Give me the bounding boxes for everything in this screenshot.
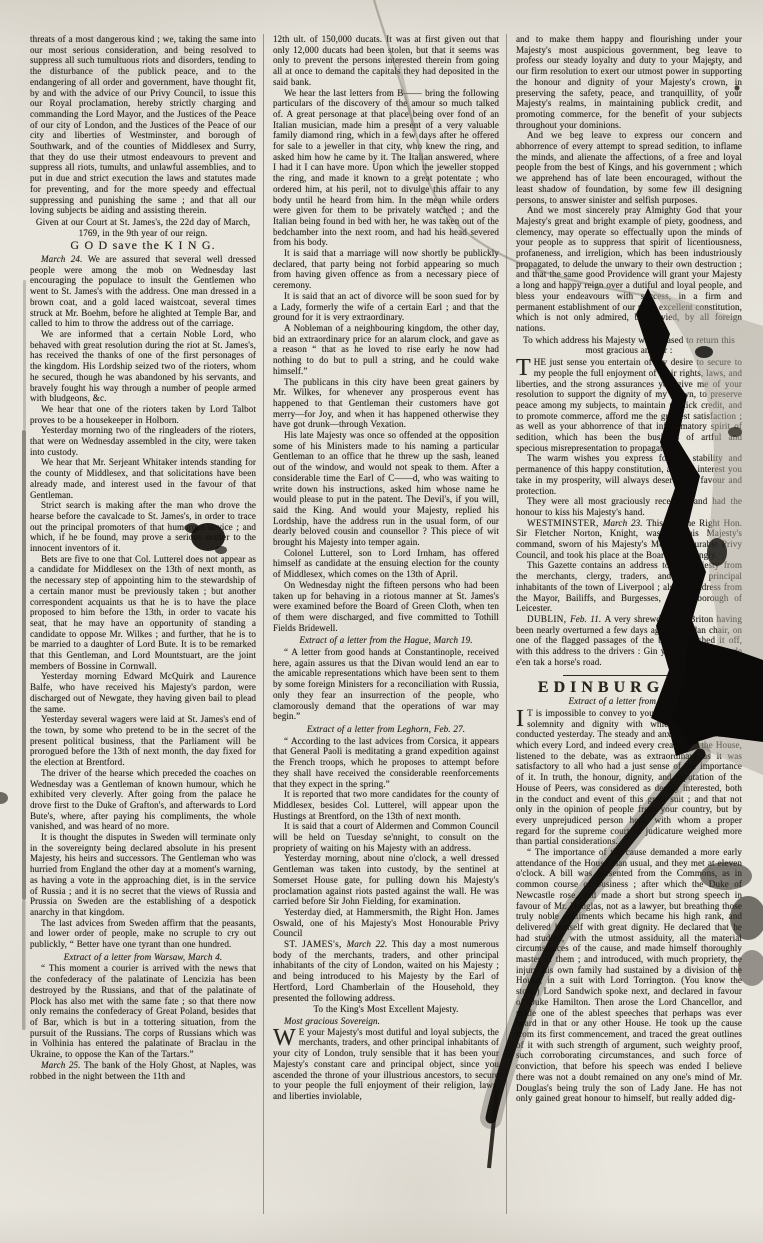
stain-spot — [0, 792, 8, 804]
paragraph-body: On Wednesday night the fifteen persons w… — [273, 580, 499, 634]
paragraph-body: We hear the last letters from B—— bring … — [273, 88, 499, 249]
paragraph-noindent: threats of a most dangerous kind ; we, t… — [30, 34, 256, 216]
paragraph-body: They were all most graciously received, … — [516, 496, 742, 517]
paragraph-noindent: THE just sense you entertain of my desir… — [516, 357, 742, 453]
paragraph-body: It is reported that two more candidates … — [273, 789, 499, 821]
paragraph-body: Yesterday died, at Hammersmith, the Righ… — [273, 907, 499, 939]
paragraph-body: “ This moment a courier is arrived with … — [30, 963, 256, 1059]
paragraph-body: DUBLIN, Feb. 11. A very shrewd North Bri… — [516, 614, 742, 668]
paragraph-body: It is thought the disputes in Sweden wil… — [30, 832, 256, 918]
paragraph-body: Strict search is making after the man wh… — [30, 500, 256, 554]
paragraph-noindent: 12th ult. of 150,000 ducats. It was at f… — [273, 34, 499, 88]
paragraph-body: It is said that an act of divorce will b… — [273, 291, 499, 323]
dateline-date: March 22. — [347, 939, 392, 949]
drop-cap-letter: I — [516, 709, 524, 729]
fold-shadow — [22, 430, 26, 900]
paragraph-body: Bets are five to one that Col. Lutterel … — [30, 554, 256, 672]
extract-heading-warsaw: Extract of a letter from Warsaw, March 4… — [30, 952, 256, 963]
drop-cap-letter: W — [273, 1028, 296, 1048]
paragraph-body: “ The importance of the cause demanded a… — [516, 847, 742, 1104]
heading-edinburgh: EDINBURGH, M — [516, 683, 742, 694]
paragraph-noindent: IT is impossible to convey to you an ide… — [516, 708, 742, 847]
paragraph-body: Yesterday morning, about nine o'clock, a… — [273, 853, 499, 907]
paragraph-body: March 24. We are assured that several we… — [30, 254, 256, 329]
paragraph-body: This Gazette contains an address to his … — [516, 560, 742, 614]
heading-god-save-the-king: G O D save the K I N G. — [30, 240, 256, 251]
paragraph-body: The publicans in this city have been gre… — [273, 377, 499, 431]
dateline-place: DUBLIN, — [527, 614, 570, 624]
dateline-date: March 23. — [603, 518, 647, 528]
extract-heading-leghorn: Extract of a letter from Leghorn, Feb. 2… — [273, 724, 499, 735]
paragraph-body: It is said that a court of Aldermen and … — [273, 821, 499, 853]
answer-heading: To which address his Majesty was pleased… — [516, 335, 742, 356]
extract-heading-hague: Extract of a letter from the Hague, Marc… — [273, 635, 499, 646]
address-salutation: Most gracious Sovereign. — [273, 1016, 499, 1027]
paragraph-body: It is said that a marriage will now shor… — [273, 248, 499, 291]
paragraph-body: Yesterday several wagers were laid at St… — [30, 714, 256, 768]
address-heading: To the King's Most Excellent Majesty. — [273, 1004, 499, 1015]
paragraph-body: The warm wishes you express for the stab… — [516, 453, 742, 496]
paragraph-body: “ According to the last advices from Cor… — [273, 736, 499, 790]
dateline-place: WESTMINSTER, — [527, 518, 603, 528]
dateline-date: March 25. — [41, 1060, 84, 1070]
paragraph-body: Yesterday morning Edward McQuirk and Lau… — [30, 671, 256, 714]
paragraph-body: A Nobleman of a neighbouring kingdom, th… — [273, 323, 499, 377]
dateline-place: ST. JAMES's, — [284, 939, 347, 949]
extract-heading-london: Extract of a letter from London. — [516, 696, 742, 707]
paragraph-body: His late Majesty was once so offended at… — [273, 430, 499, 548]
paragraph-body: March 25. The bank of the Holy Ghost, at… — [30, 1060, 256, 1081]
paragraph-noindent: WE your Majesty's most dutiful and loyal… — [273, 1027, 499, 1102]
paragraph-body: Colonel Lutterel, son to Lord Irnham, ha… — [273, 548, 499, 580]
drop-cap-letter: T — [516, 358, 531, 378]
text-columns: threats of a most dangerous kind ; we, t… — [30, 34, 752, 1214]
paragraph-body: The last advices from Sweden affirm that… — [30, 918, 256, 950]
paragraph-center: Given at our Court at St. James's, the 2… — [30, 217, 256, 238]
paragraph-body: We hear that one of the rioters taken by… — [30, 404, 256, 425]
paragraph-body: The driver of the hearse which preceded … — [30, 768, 256, 832]
paragraph-body: And we most sincerely pray Almighty God … — [516, 205, 742, 333]
dateline-date: Feb. 11. — [570, 614, 605, 624]
paragraph-body: Yesterday morning two of the ringleaders… — [30, 425, 256, 457]
paragraph-body: ST. JAMES's, March 22. This day a most n… — [273, 939, 499, 1003]
paragraph-noindent: and to make them happy and flourishing u… — [516, 34, 742, 130]
dateline-date: March 24. — [41, 254, 88, 264]
column-left: threats of a most dangerous kind ; we, t… — [30, 34, 263, 1214]
paragraph-body: WESTMINSTER, March 23. This day the Righ… — [516, 518, 742, 561]
paragraph-body: We hear that Mr. Serjeant Whitaker inten… — [30, 457, 256, 500]
paragraph-body: And we beg leave to express our concern … — [516, 130, 742, 205]
newspaper-page-scan: threats of a most dangerous kind ; we, t… — [0, 0, 763, 1243]
fold-shadow — [23, 280, 26, 430]
paragraph-body: “ A letter from good hands at Constantin… — [273, 647, 499, 722]
section-divider — [563, 675, 694, 676]
column-middle: 12th ult. of 150,000 ducats. It was at f… — [263, 34, 506, 1214]
column-right: and to make them happy and flourishing u… — [506, 34, 749, 1214]
paragraph-body: We are informed that a certain Noble Lor… — [30, 329, 256, 404]
fold-shadow — [22, 900, 26, 1030]
